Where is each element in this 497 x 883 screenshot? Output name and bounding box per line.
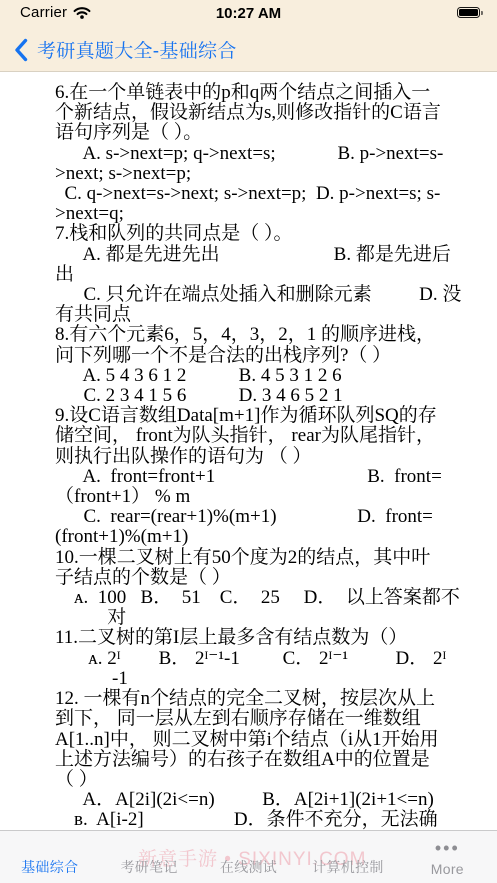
text-line: 6.在一个单链表中的p和q两个结点之间插入一 — [55, 83, 461, 103]
question-block: 10.一棵二叉树上有50个度为2的结点，其中叶子结点的个数是（ ） ᴀ. 100… — [55, 548, 461, 629]
tab-label: 计算机控制 — [312, 857, 384, 877]
question-block: 9.设C语言数组Data[m+1]作为循环队列SQ的存储空间， front为队头… — [55, 406, 461, 547]
tab-label: More — [431, 861, 464, 877]
tab-label: 考研笔记 — [121, 857, 178, 877]
text-line: 则执行出队操作的语句为 （ ） — [55, 447, 461, 467]
text-line: >next=q; — [55, 204, 461, 224]
text-line: A. 都是先进先出 B. 都是先进后 — [55, 245, 461, 265]
text-line: C. 只允许在端点处插入和删除元素 D. 没 — [55, 285, 461, 305]
battery-icon — [457, 7, 483, 18]
status-bar: Carrier 10:27 AM — [0, 0, 497, 28]
tab-bar: 新意手游 • SIXINYI.COM 基础综合考研笔记在线测试计算机控制•••M… — [0, 830, 497, 883]
text-line: 语句序列是（ ）。 — [55, 123, 461, 143]
clock-label: 10:27 AM — [0, 5, 497, 22]
text-line: 子结点的个数是（ ） — [55, 568, 461, 588]
page-title: 考研真题大全-基础综合 — [37, 36, 237, 63]
text-line: 有共同点 — [55, 305, 461, 325]
tab-label: 在线测试 — [220, 857, 277, 877]
text-line: 出 — [55, 265, 461, 285]
tab-more[interactable]: •••More — [398, 831, 497, 883]
tab-online-test[interactable]: 在线测试 — [199, 831, 298, 883]
text-line: 个新结点，假设新结点为s,则修改指针的C语言 — [55, 103, 461, 123]
text-line: 到下， 同一层从左到右顺序存储在一维数组 — [55, 709, 461, 729]
text-line: 7.栈和队列的共同点是（ ）。 — [55, 224, 461, 244]
text-line: 上述方法编号）的右孩子在数组A中的位置是 — [55, 750, 461, 770]
chevron-left-icon — [14, 38, 28, 62]
text-line: -1 — [55, 669, 461, 689]
text-line: 10.一棵二叉树上有50个度为2的结点，其中叶 — [55, 548, 461, 568]
text-line: （front+1） % m — [55, 487, 461, 507]
question-block: 12. 一棵有n个结点的完全二叉树，按层次从上到下， 同一层从左到右顺序存储在一… — [55, 689, 461, 830]
text-line: C. 2 3 4 1 5 6 D. 3 4 6 5 2 1 — [55, 386, 461, 406]
text-line: A. s->next=p; q->next=s; B. p->next=s- — [55, 144, 461, 164]
question-block: 6.在一个单链表中的p和q两个结点之间插入一个新结点，假设新结点为s,则修改指针… — [55, 83, 461, 224]
text-line: (front+1)%(m+1) — [55, 527, 461, 547]
text-line: 9.设C语言数组Data[m+1]作为循环队列SQ的存 — [55, 406, 461, 426]
text-line: C. q->next=s->next; s->next=p; D. p->nex… — [55, 184, 461, 204]
text-line: 储空间， front为队头指针， rear为队尾指针， — [55, 426, 461, 446]
text-line: A. front=front+1 B. front= — [55, 467, 461, 487]
text-line: C. rear=(rear+1)%(m+1) D. front= — [55, 507, 461, 527]
text-line: （ ） — [55, 770, 461, 790]
tab-basic-comprehensive[interactable]: 基础综合 — [0, 831, 99, 883]
question-block: 8.有六个元素6，5，4，3，2，1 的顺序进栈，问下列哪一个不是合法的出栈序列… — [55, 325, 461, 406]
question-block: 7.栈和队列的共同点是（ ）。 A. 都是先进先出 B. 都是先进后出 C. 只… — [55, 224, 461, 325]
navigation-bar: 考研真题大全-基础综合 — [0, 28, 497, 72]
text-line: A．A[2i](2i<=n) B．A[2i+1](2i+1<=n) — [55, 790, 461, 810]
text-line: 11.二叉树的第I层上最多含有结点数为（） — [55, 628, 461, 648]
text-line: 对 — [55, 608, 461, 628]
tab-kaoyan-notes[interactable]: 考研笔记 — [99, 831, 198, 883]
text-line: A[1..n]中， 则二叉树中第i个结点（i从1开始用 — [55, 730, 461, 750]
question-block: 11.二叉树的第I层上最多含有结点数为（） ᴀ. 2ᴵ B． 2ᴵ⁻¹-1 C．… — [55, 628, 461, 689]
text-line: ᴀ. 100 B． 51 C． 25 D． 以上答案都不 — [55, 588, 461, 608]
text-line: >next; s->next=p; — [55, 164, 461, 184]
more-dots-icon: ••• — [435, 843, 460, 853]
back-button[interactable] — [14, 38, 28, 62]
tab-computer-control[interactable]: 计算机控制 — [298, 831, 397, 883]
text-line: 问下列哪一个不是合法的出栈序列?（ ） — [55, 346, 461, 366]
tab-label: 基础综合 — [21, 857, 78, 877]
text-line: A. 5 4 3 6 1 2 B. 4 5 3 1 2 6 — [55, 366, 461, 386]
question-list: 6.在一个单链表中的p和q两个结点之间插入一个新结点，假设新结点为s,则修改指针… — [0, 72, 497, 830]
text-line: 8.有六个元素6，5，4，3，2，1 的顺序进栈， — [55, 325, 461, 345]
text-line: ᴀ. 2ᴵ B． 2ᴵ⁻¹-1 C． 2ᴵ⁻¹ D． 2ᴵ — [55, 649, 461, 669]
text-line: ʙ. A[i-2] D．条件不充分，无法确 — [55, 810, 461, 830]
app-window: Carrier 10:27 AM 考研真题大全-基础综合 — [0, 0, 497, 883]
text-line: 12. 一棵有n个结点的完全二叉树，按层次从上 — [55, 689, 461, 709]
